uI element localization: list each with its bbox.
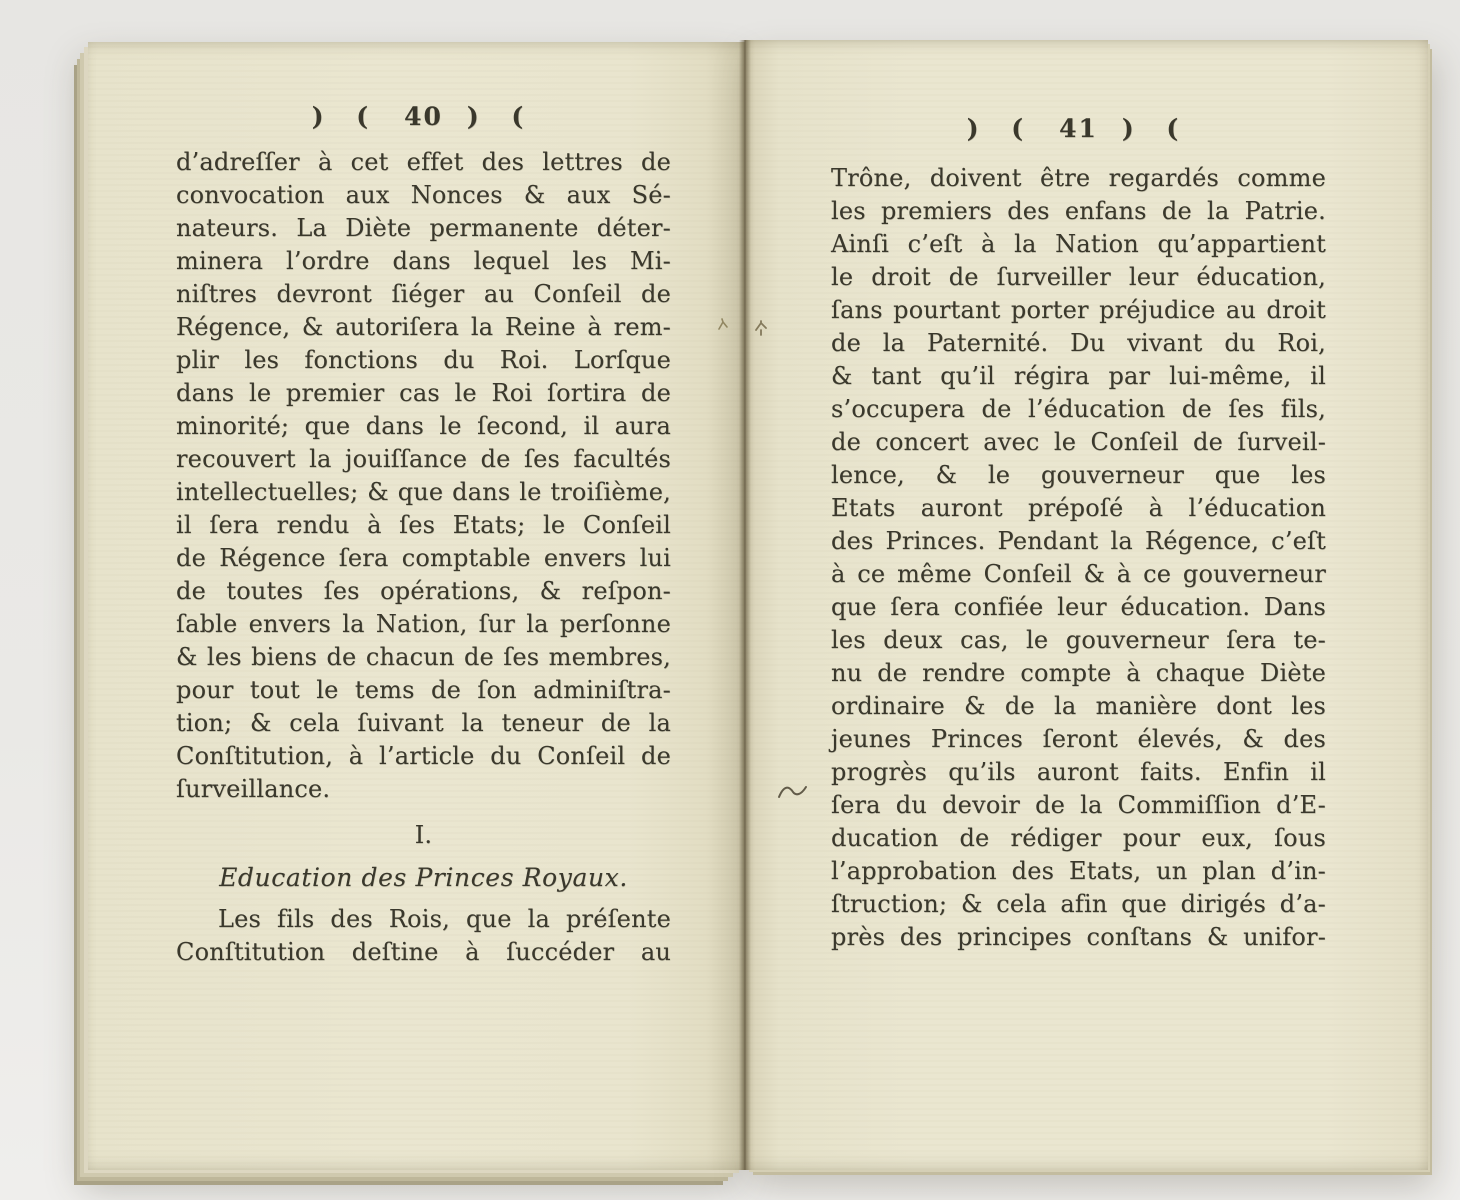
text-line: ſans pourtant porter préjudice au droit (831, 294, 1326, 327)
text-line: lence, & le gouverneur que les (831, 459, 1326, 492)
header-ornament-right: ) ( (1122, 114, 1190, 143)
text-line: les premiers des enfans de la Patrie. (831, 195, 1326, 228)
text-line: ſtruction; & cela afin que dirigés d’a- (831, 888, 1326, 921)
text-line: ordinaire & de la manière dont les (831, 690, 1326, 723)
text-line: ſurveillance. (176, 773, 671, 806)
left-page: ) ( 40 ) ( d’adreſſer à cet effet des le… (88, 42, 745, 1170)
text-line: recouvert la jouiſſance de ſes facultés (176, 443, 671, 476)
text-line: de la Paternité. Du vivant du Roi, (831, 327, 1326, 360)
text-line: & les biens de chacun de ſes membres, (176, 641, 671, 674)
text-line: minorité; que dans le ſecond, il aura (176, 410, 671, 443)
page-number: 40 (404, 102, 443, 131)
text-line: d’adreſſer à cet effet des lettres de (176, 146, 671, 179)
text-line: Régence, & autoriſera la Reine à rem- (176, 311, 671, 344)
text-line: l’approbation des Etats, un plan d’in- (831, 855, 1326, 888)
page-text: Trône, doivent être regardés commeles pr… (831, 162, 1326, 954)
text-line: ducation de rédiger pour eux, ſous (831, 822, 1326, 855)
text-line: Les fils des Rois, que la préſente (176, 903, 671, 936)
section-title: Education des Princes Royaux. (176, 861, 671, 894)
margin-squiggle-icon (777, 782, 809, 802)
text-line: s’occupera de l’éducation de ſes fils, (831, 393, 1326, 426)
text-line: les deux cas, le gouverneur ſera te- (831, 624, 1326, 657)
text-line: progrès qu’ils auront faits. Enfin il (831, 756, 1326, 789)
page-number: 41 (1059, 114, 1098, 143)
text-line: dans le premier cas le Roi ſortira de (176, 377, 671, 410)
page-header: ) ( 40 ) ( (176, 102, 671, 131)
page-header: ) ( 41 ) ( (831, 114, 1326, 143)
text-line: niſtres devront ſiéger au Conſeil de (176, 278, 671, 311)
ink-speck (753, 320, 769, 338)
section-number: I. (176, 819, 671, 852)
text-line: Conſtitution, à l’article du Conſeil de (176, 740, 671, 773)
text-line: nateurs. La Diète permanente déter- (176, 212, 671, 245)
text-line: plir les fonctions du Roi. Lorſque (176, 344, 671, 377)
paragraph: Les fils des Rois, que la préſenteConſti… (176, 903, 671, 969)
header-ornament-right: ) ( (467, 102, 535, 131)
text-line: ſable envers la Nation, ſur la perſonne (176, 608, 671, 641)
text-line: intellectuelles; & que dans le troiſième… (176, 476, 671, 509)
text-line: que ſera confiée leur éducation. Dans (831, 591, 1326, 624)
ink-speck (716, 318, 730, 332)
text-line: Ainſi c’eſt à la Nation qu’appartient (831, 228, 1326, 261)
text-line: à ce même Conſeil & à ce gouverneur (831, 558, 1326, 591)
text-line: de toutes ſes opérations, & reſpon- (176, 575, 671, 608)
text-line: nu de rendre compte à chaque Diète (831, 657, 1326, 690)
text-line: ſera du devoir de la Commiſſion d’E- (831, 789, 1326, 822)
text-line: pour tout le tems de ſon adminiſtra- (176, 674, 671, 707)
book-gutter (739, 40, 751, 1170)
text-line: de concert avec le Conſeil de ſurveil- (831, 426, 1326, 459)
text-line: convocation aux Nonces & aux Sé- (176, 179, 671, 212)
paragraph: Trône, doivent être regardés commeles pr… (831, 162, 1326, 954)
text-line: Trône, doivent être regardés comme (831, 162, 1326, 195)
paragraph: d’adreſſer à cet effet des lettres decon… (176, 146, 671, 806)
text-line: de Régence ſera comptable envers lui (176, 542, 671, 575)
page-text: d’adreſſer à cet effet des lettres decon… (176, 146, 671, 969)
text-line: il ſera rendu à ſes Etats; le Conſeil (176, 509, 671, 542)
text-line: tion; & cela ſuivant la teneur de la (176, 707, 671, 740)
text-line: le droit de ſurveiller leur éducation, (831, 261, 1326, 294)
text-line: Conſtitution deſtine à ſuccéder au (176, 936, 671, 969)
header-ornament-left: ) ( (312, 102, 380, 131)
text-line: & tant qu’il régira par lui-même, il (831, 360, 1326, 393)
text-line: minera l’ordre dans lequel les Mi- (176, 245, 671, 278)
text-line: des Princes. Pendant la Régence, c’eſt (831, 525, 1326, 558)
text-line: près des principes conſtans & unifor- (831, 921, 1326, 954)
header-ornament-left: ) ( (967, 114, 1035, 143)
text-line: jeunes Princes ſeront élevés, & des (831, 723, 1326, 756)
right-page: ) ( 41 ) ( Trône, doivent être regardés … (745, 40, 1428, 1170)
book-spread: ) ( 40 ) ( d’adreſſer à cet effet des le… (0, 0, 1460, 1200)
text-line: Etats auront prépoſé à l’éducation (831, 492, 1326, 525)
